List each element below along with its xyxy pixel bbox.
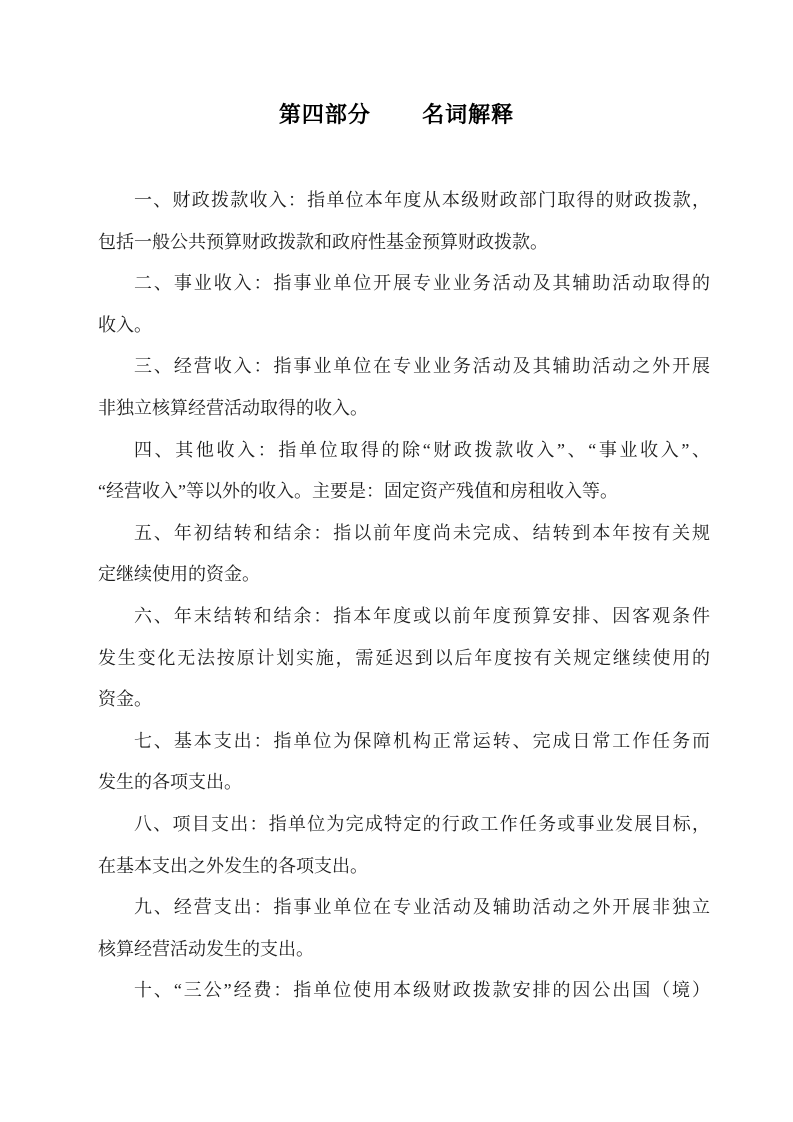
paragraph-line: 六、年末结转和结余：指本年度或以前年度预算安排、因客观条件 <box>98 596 710 638</box>
glossary-paragraph: 六、年末结转和结余：指本年度或以前年度预算安排、因客观条件发生变化无法按原计划实… <box>98 596 710 721</box>
paragraph-line: 九、经营支出：指事业单位在专业活动及辅助活动之外开展非独立 <box>98 887 710 929</box>
paragraph-line: 核算经营活动发生的支出。 <box>98 929 710 971</box>
glossary-paragraph: 十、“三公”经费：指单位使用本级财政拨款安排的因公出国（境） <box>98 970 710 1012</box>
page-title: 第四部分 名词解释 <box>0 100 793 130</box>
paragraph-line: 八、项目支出：指单位为完成特定的行政工作任务或事业发展目标， <box>98 804 710 846</box>
paragraph-line: 包括一般公共预算财政拨款和政府性基金预算财政拨款。 <box>98 222 710 264</box>
paragraph-line: 非独立核算经营活动取得的收入。 <box>98 388 710 430</box>
paragraph-line: 七、基本支出：指单位为保障机构正常运转、完成日常工作任务而 <box>98 721 710 763</box>
glossary-paragraph: 八、项目支出：指单位为完成特定的行政工作任务或事业发展目标，在基本支出之外发生的… <box>98 804 710 887</box>
paragraph-line: 四、其他收入：指单位取得的除“财政拨款收入”、“事业收入”、 <box>98 430 710 472</box>
document-page: 第四部分 名词解释 一、财政拨款收入：指单位本年度从本级财政部门取得的财政拨款，… <box>0 0 793 1122</box>
paragraph-line: 发生变化无法按原计划实施，需延迟到以后年度按有关规定继续使用的 <box>98 638 710 680</box>
glossary-paragraph: 三、经营收入：指事业单位在专业业务活动及其辅助活动之外开展非独立核算经营活动取得… <box>98 346 710 429</box>
paragraph-line: “经营收入”等以外的收入。主要是：固定资产残值和房租收入等。 <box>98 471 710 513</box>
paragraph-line: 资金。 <box>98 679 710 721</box>
glossary-paragraph: 五、年初结转和结余：指以前年度尚未完成、结转到本年按有关规定继续使用的资金。 <box>98 513 710 596</box>
glossary-body: 一、财政拨款收入：指单位本年度从本级财政部门取得的财政拨款，包括一般公共预算财政… <box>0 180 793 1012</box>
paragraph-line: 十、“三公”经费：指单位使用本级财政拨款安排的因公出国（境） <box>98 970 710 1012</box>
paragraph-line: 收入。 <box>98 305 710 347</box>
paragraph-line: 三、经营收入：指事业单位在专业业务活动及其辅助活动之外开展 <box>98 346 710 388</box>
paragraph-line: 五、年初结转和结余：指以前年度尚未完成、结转到本年按有关规 <box>98 513 710 555</box>
glossary-paragraph: 四、其他收入：指单位取得的除“财政拨款收入”、“事业收入”、“经营收入”等以外的… <box>98 430 710 513</box>
page-title-section-number: 第四部分 <box>279 102 371 127</box>
glossary-paragraph: 七、基本支出：指单位为保障机构正常运转、完成日常工作任务而发生的各项支出。 <box>98 721 710 804</box>
glossary-paragraph: 二、事业收入：指事业单位开展专业业务活动及其辅助活动取得的收入。 <box>98 263 710 346</box>
paragraph-line: 发生的各项支出。 <box>98 762 710 804</box>
paragraph-line: 一、财政拨款收入：指单位本年度从本级财政部门取得的财政拨款， <box>98 180 710 222</box>
paragraph-line: 在基本支出之外发生的各项支出。 <box>98 846 710 888</box>
glossary-paragraph: 九、经营支出：指事业单位在专业活动及辅助活动之外开展非独立核算经营活动发生的支出… <box>98 887 710 970</box>
paragraph-line: 二、事业收入：指事业单位开展专业业务活动及其辅助活动取得的 <box>98 263 710 305</box>
paragraph-line: 定继续使用的资金。 <box>98 554 710 596</box>
glossary-paragraph: 一、财政拨款收入：指单位本年度从本级财政部门取得的财政拨款，包括一般公共预算财政… <box>98 180 710 263</box>
page-title-section-name: 名词解释 <box>422 102 514 127</box>
